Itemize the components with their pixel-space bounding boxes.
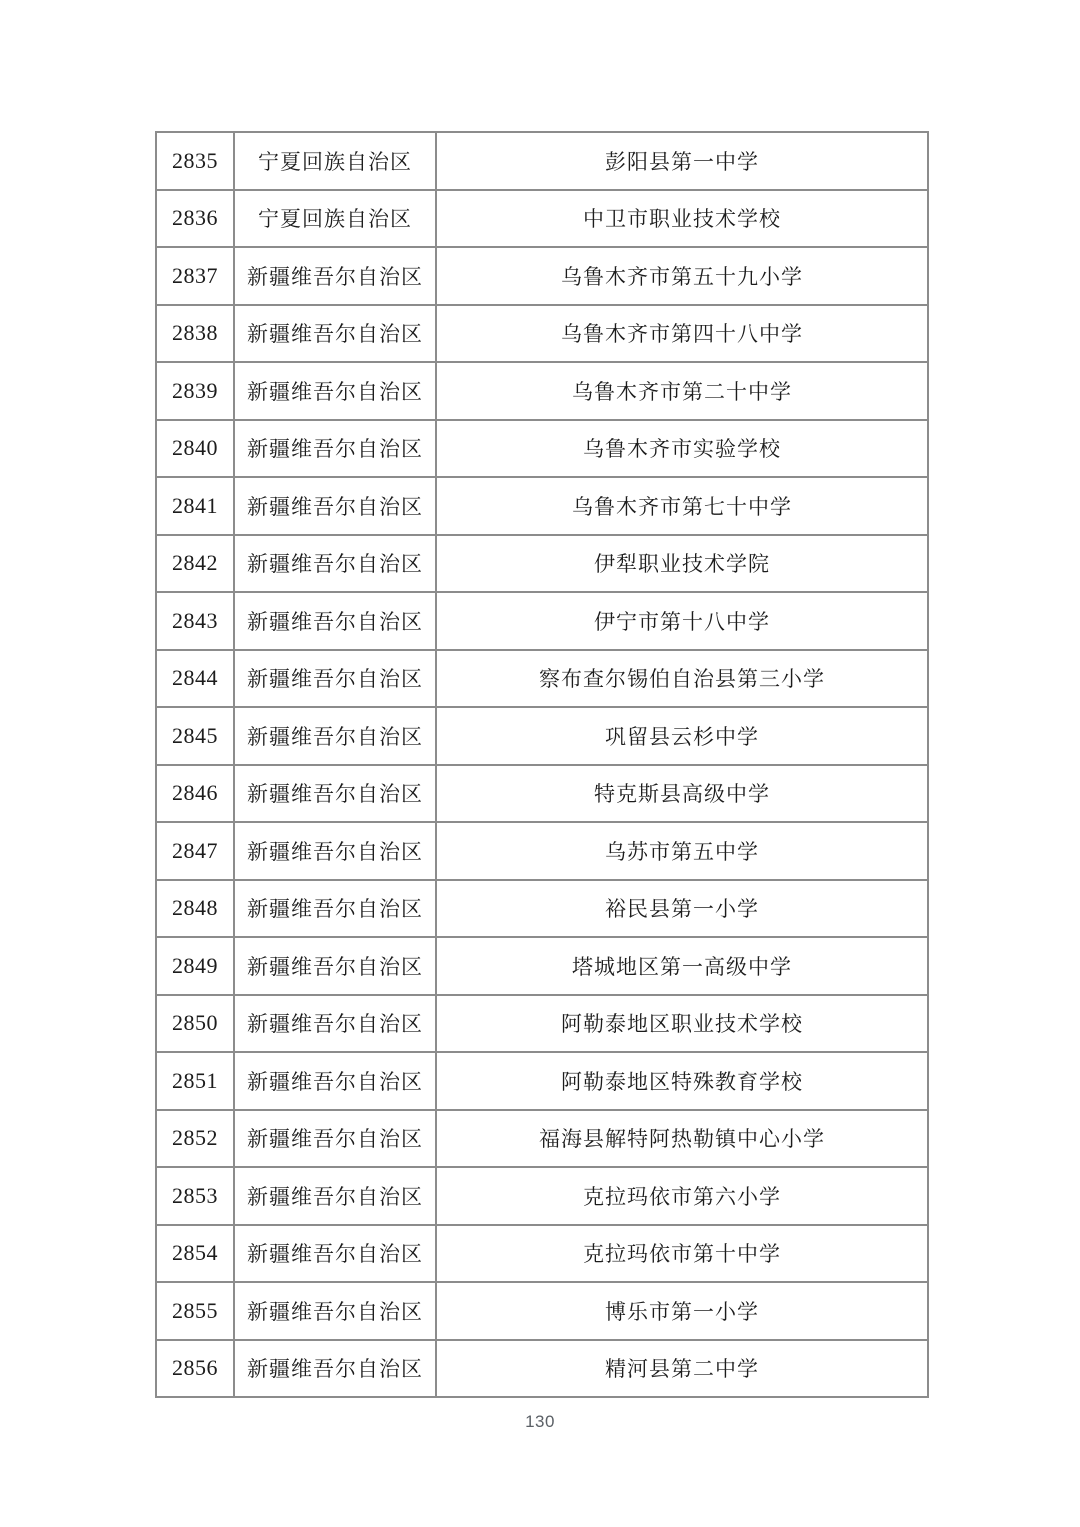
table-row: 2836 宁夏回族自治区 中卫市职业技术学校 bbox=[156, 190, 928, 248]
row-school-cell: 阿勒泰地区特殊教育学校 bbox=[436, 1052, 928, 1110]
row-school-cell: 特克斯县高级中学 bbox=[436, 765, 928, 823]
row-number-cell: 2855 bbox=[156, 1282, 234, 1340]
school-list-table: 2835 宁夏回族自治区 彭阳县第一中学 2836 宁夏回族自治区 中卫市职业技… bbox=[155, 131, 929, 1398]
row-school-cell: 伊宁市第十八中学 bbox=[436, 592, 928, 650]
row-school-cell: 阿勒泰地区职业技术学校 bbox=[436, 995, 928, 1053]
table-row: 2854 新疆维吾尔自治区 克拉玛依市第十中学 bbox=[156, 1225, 928, 1283]
row-school-cell: 彭阳县第一中学 bbox=[436, 132, 928, 190]
row-number-cell: 2842 bbox=[156, 535, 234, 593]
row-school-cell: 伊犁职业技术学院 bbox=[436, 535, 928, 593]
row-school-cell: 塔城地区第一高级中学 bbox=[436, 937, 928, 995]
row-region-cell: 新疆维吾尔自治区 bbox=[234, 937, 436, 995]
row-region-cell: 新疆维吾尔自治区 bbox=[234, 305, 436, 363]
row-number-cell: 2854 bbox=[156, 1225, 234, 1283]
table-row: 2839 新疆维吾尔自治区 乌鲁木齐市第二十中学 bbox=[156, 362, 928, 420]
row-number-cell: 2850 bbox=[156, 995, 234, 1053]
row-region-cell: 新疆维吾尔自治区 bbox=[234, 1340, 436, 1398]
row-region-cell: 新疆维吾尔自治区 bbox=[234, 1110, 436, 1168]
row-number-cell: 2839 bbox=[156, 362, 234, 420]
row-school-cell: 精河县第二中学 bbox=[436, 1340, 928, 1398]
row-region-cell: 新疆维吾尔自治区 bbox=[234, 420, 436, 478]
row-school-cell: 裕民县第一小学 bbox=[436, 880, 928, 938]
table-row: 2851 新疆维吾尔自治区 阿勒泰地区特殊教育学校 bbox=[156, 1052, 928, 1110]
table-row: 2846 新疆维吾尔自治区 特克斯县高级中学 bbox=[156, 765, 928, 823]
table-row: 2849 新疆维吾尔自治区 塔城地区第一高级中学 bbox=[156, 937, 928, 995]
row-number-cell: 2851 bbox=[156, 1052, 234, 1110]
row-school-cell: 乌鲁木齐市第四十八中学 bbox=[436, 305, 928, 363]
row-region-cell: 新疆维吾尔自治区 bbox=[234, 1052, 436, 1110]
page-footer: 130 bbox=[0, 1412, 1080, 1432]
table-row: 2853 新疆维吾尔自治区 克拉玛依市第六小学 bbox=[156, 1167, 928, 1225]
row-school-cell: 乌鲁木齐市第二十中学 bbox=[436, 362, 928, 420]
row-number-cell: 2843 bbox=[156, 592, 234, 650]
row-region-cell: 新疆维吾尔自治区 bbox=[234, 362, 436, 420]
row-region-cell: 宁夏回族自治区 bbox=[234, 190, 436, 248]
row-number-cell: 2837 bbox=[156, 247, 234, 305]
table-row: 2852 新疆维吾尔自治区 福海县解特阿热勒镇中心小学 bbox=[156, 1110, 928, 1168]
row-region-cell: 新疆维吾尔自治区 bbox=[234, 477, 436, 535]
table-row: 2837 新疆维吾尔自治区 乌鲁木齐市第五十九小学 bbox=[156, 247, 928, 305]
school-table-body: 2835 宁夏回族自治区 彭阳县第一中学 2836 宁夏回族自治区 中卫市职业技… bbox=[156, 132, 928, 1397]
row-number-cell: 2852 bbox=[156, 1110, 234, 1168]
row-school-cell: 乌鲁木齐市第五十九小学 bbox=[436, 247, 928, 305]
row-number-cell: 2846 bbox=[156, 765, 234, 823]
row-number-cell: 2848 bbox=[156, 880, 234, 938]
row-region-cell: 新疆维吾尔自治区 bbox=[234, 707, 436, 765]
row-region-cell: 新疆维吾尔自治区 bbox=[234, 535, 436, 593]
row-number-cell: 2844 bbox=[156, 650, 234, 708]
row-region-cell: 新疆维吾尔自治区 bbox=[234, 822, 436, 880]
row-school-cell: 克拉玛依市第六小学 bbox=[436, 1167, 928, 1225]
row-school-cell: 察布查尔锡伯自治县第三小学 bbox=[436, 650, 928, 708]
row-region-cell: 新疆维吾尔自治区 bbox=[234, 765, 436, 823]
table-row: 2856 新疆维吾尔自治区 精河县第二中学 bbox=[156, 1340, 928, 1398]
row-school-cell: 巩留县云杉中学 bbox=[436, 707, 928, 765]
table-row: 2848 新疆维吾尔自治区 裕民县第一小学 bbox=[156, 880, 928, 938]
row-number-cell: 2836 bbox=[156, 190, 234, 248]
row-region-cell: 新疆维吾尔自治区 bbox=[234, 1225, 436, 1283]
table-row: 2841 新疆维吾尔自治区 乌鲁木齐市第七十中学 bbox=[156, 477, 928, 535]
table-row: 2850 新疆维吾尔自治区 阿勒泰地区职业技术学校 bbox=[156, 995, 928, 1053]
row-number-cell: 2840 bbox=[156, 420, 234, 478]
row-region-cell: 新疆维吾尔自治区 bbox=[234, 650, 436, 708]
row-region-cell: 宁夏回族自治区 bbox=[234, 132, 436, 190]
row-school-cell: 乌鲁木齐市第七十中学 bbox=[436, 477, 928, 535]
row-school-cell: 克拉玛依市第十中学 bbox=[436, 1225, 928, 1283]
row-number-cell: 2841 bbox=[156, 477, 234, 535]
table-row: 2835 宁夏回族自治区 彭阳县第一中学 bbox=[156, 132, 928, 190]
table-row: 2840 新疆维吾尔自治区 乌鲁木齐市实验学校 bbox=[156, 420, 928, 478]
page-number: 130 bbox=[525, 1412, 555, 1431]
row-school-cell: 福海县解特阿热勒镇中心小学 bbox=[436, 1110, 928, 1168]
row-number-cell: 2849 bbox=[156, 937, 234, 995]
table-row: 2855 新疆维吾尔自治区 博乐市第一小学 bbox=[156, 1282, 928, 1340]
table-row: 2844 新疆维吾尔自治区 察布查尔锡伯自治县第三小学 bbox=[156, 650, 928, 708]
document-page: 2835 宁夏回族自治区 彭阳县第一中学 2836 宁夏回族自治区 中卫市职业技… bbox=[0, 0, 1080, 1527]
row-number-cell: 2835 bbox=[156, 132, 234, 190]
table-row: 2843 新疆维吾尔自治区 伊宁市第十八中学 bbox=[156, 592, 928, 650]
row-school-cell: 乌苏市第五中学 bbox=[436, 822, 928, 880]
table-row: 2845 新疆维吾尔自治区 巩留县云杉中学 bbox=[156, 707, 928, 765]
row-region-cell: 新疆维吾尔自治区 bbox=[234, 247, 436, 305]
row-number-cell: 2853 bbox=[156, 1167, 234, 1225]
row-number-cell: 2838 bbox=[156, 305, 234, 363]
row-school-cell: 乌鲁木齐市实验学校 bbox=[436, 420, 928, 478]
row-school-cell: 中卫市职业技术学校 bbox=[436, 190, 928, 248]
row-region-cell: 新疆维吾尔自治区 bbox=[234, 880, 436, 938]
row-region-cell: 新疆维吾尔自治区 bbox=[234, 1282, 436, 1340]
row-region-cell: 新疆维吾尔自治区 bbox=[234, 995, 436, 1053]
row-number-cell: 2847 bbox=[156, 822, 234, 880]
row-region-cell: 新疆维吾尔自治区 bbox=[234, 1167, 436, 1225]
table-row: 2838 新疆维吾尔自治区 乌鲁木齐市第四十八中学 bbox=[156, 305, 928, 363]
row-number-cell: 2845 bbox=[156, 707, 234, 765]
table-row: 2847 新疆维吾尔自治区 乌苏市第五中学 bbox=[156, 822, 928, 880]
row-number-cell: 2856 bbox=[156, 1340, 234, 1398]
table-row: 2842 新疆维吾尔自治区 伊犁职业技术学院 bbox=[156, 535, 928, 593]
row-region-cell: 新疆维吾尔自治区 bbox=[234, 592, 436, 650]
row-school-cell: 博乐市第一小学 bbox=[436, 1282, 928, 1340]
